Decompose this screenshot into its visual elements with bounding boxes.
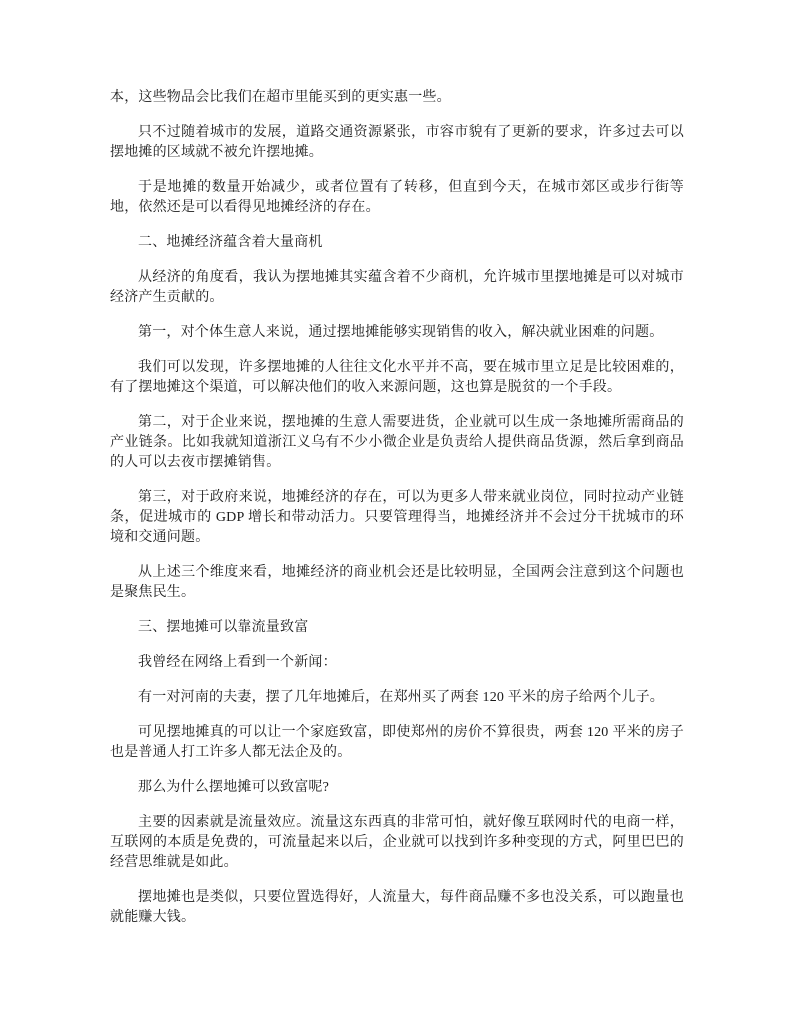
- paragraph: 于是地摊的数量开始减少，或者位置有了转移，但直到今天，在城市郊区或步行街等地，依…: [110, 178, 684, 218]
- paragraph: 第一，对个体生意人来说，通过摆地摊能够实现销售的收入，解决就业困难的问题。: [110, 323, 684, 343]
- document-page: 本，这些物品会比我们在超市里能买到的更实惠一些。 只不过随着城市的发展，道路交通…: [0, 0, 792, 1025]
- paragraph: 有一对河南的夫妻，摆了几年地摊后，在郑州买了两套 120 平米的房子给两个儿子。: [110, 688, 684, 708]
- section-heading: 二、地摊经济蕴含着大量商机: [110, 233, 684, 253]
- section-heading: 三、摆地摊可以靠流量致富: [110, 618, 684, 638]
- paragraph: 只不过随着城市的发展，道路交通资源紧张，市容市貌有了更新的要求，许多过去可以摆地…: [110, 123, 684, 163]
- paragraph: 主要的因素就是流量效应。流量这东西真的非常可怕，就好像互联网时代的电商一样，互联…: [110, 813, 684, 873]
- paragraph: 从上述三个维度来看，地摊经济的商业机会还是比较明显，全国两会注意到这个问题也是聚…: [110, 563, 684, 603]
- paragraph: 从经济的角度看，我认为摆地摊其实蕴含着不少商机，允许城市里摆地摊是可以对城市经济…: [110, 268, 684, 308]
- paragraph: 摆地摊也是类似，只要位置选得好，人流量大，每件商品赚不多也没关系，可以跑量也就能…: [110, 888, 684, 928]
- paragraph: 我曾经在网络上看到一个新闻：: [110, 653, 684, 673]
- paragraph-continuation: 本，这些物品会比我们在超市里能买到的更实惠一些。: [110, 88, 684, 108]
- paragraph: 我们可以发现，许多摆地摊的人往往文化水平并不高，要在城市里立足是比较困难的，有了…: [110, 358, 684, 398]
- paragraph: 第三，对于政府来说，地摊经济的存在，可以为更多人带来就业岗位，同时拉动产业链条，…: [110, 488, 684, 548]
- paragraph: 可见摆地摊真的可以让一个家庭致富，即使郑州的房价不算很贵，两套 120 平米的房…: [110, 723, 684, 763]
- document-content: 本，这些物品会比我们在超市里能买到的更实惠一些。 只不过随着城市的发展，道路交通…: [110, 88, 684, 943]
- paragraph: 那么为什么摆地摊可以致富呢?: [110, 778, 684, 798]
- paragraph: 第二，对于企业来说，摆地摊的生意人需要进货，企业就可以生成一条地摊所需商品的产业…: [110, 413, 684, 473]
